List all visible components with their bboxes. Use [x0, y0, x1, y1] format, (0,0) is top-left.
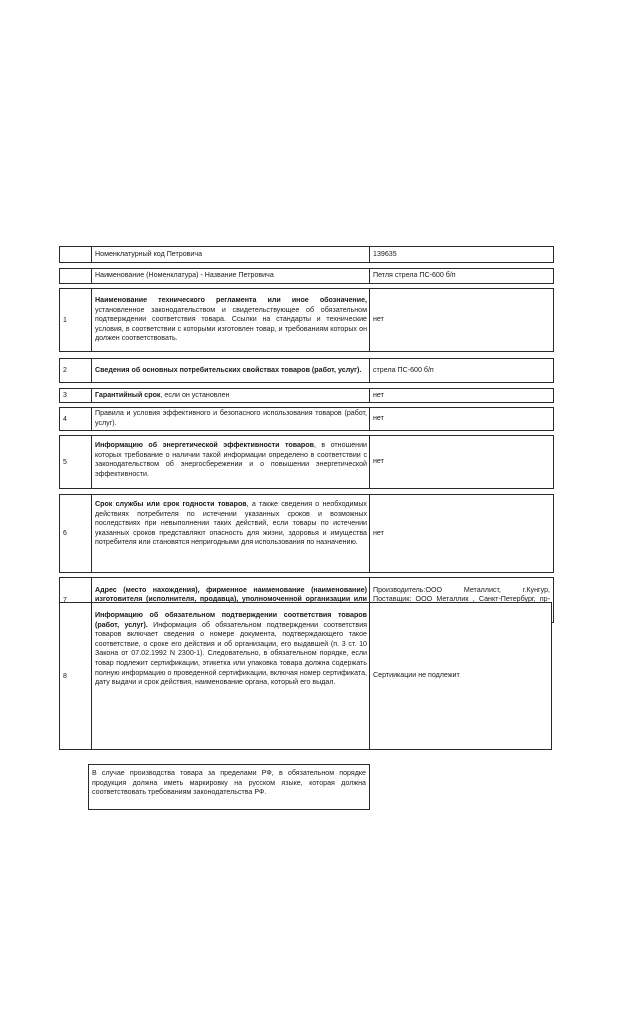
row-value: нет [373, 315, 550, 325]
row-label: Номенклатурный код Петровича [95, 250, 367, 260]
row-label-cell: Срок службы или срок годности товаров, а… [92, 495, 370, 572]
row-label-cell: Информацию об обязательном подтверждении… [92, 603, 370, 749]
row-label-bold: Срок службы или срок годности товаров [95, 500, 247, 508]
row-number: 5 [60, 436, 92, 488]
row-label-cell: Информацию об энергетической эффективнос… [92, 436, 370, 488]
row-product-name: Наименование (Номенклатура) - Название П… [59, 268, 554, 284]
row-label-text: установленное законодательством и свидет… [95, 306, 367, 343]
row-value-cell: 139635 [370, 247, 553, 262]
row-value: нет [373, 391, 550, 401]
row-label-cell: Наименование (Номенклатура) - Название П… [92, 269, 370, 283]
row-number: 3 [60, 389, 92, 402]
row-nomenclature-code: Номенклатурный код Петровича 139635 [59, 246, 554, 263]
row-value-cell: нет [370, 389, 553, 402]
row-label-cell: Гарантийный срок, если он установлен [92, 389, 370, 402]
row-value: стрела ПС-600 б/п [373, 366, 550, 376]
row-label-bold: Сведения об основных потребительских сво… [95, 366, 361, 374]
row-label: Срок службы или срок годности товаров, а… [95, 500, 367, 548]
row-label-bold: Наименование технического регламента или… [95, 296, 367, 304]
row-label: Наименование (Номенклатура) - Название П… [95, 271, 367, 281]
table-row: 6 Срок службы или срок годности товаров,… [59, 494, 554, 573]
row-number: 8 [60, 603, 92, 749]
row-label: Информацию об энергетической эффективнос… [95, 441, 367, 479]
row-number: 6 [60, 495, 92, 572]
row-label-text: Информация об обязательном подтверждении… [95, 621, 367, 687]
table-row: 5 Информацию об энергетической эффективн… [59, 435, 554, 489]
table-row: 8 Информацию об обязательном подтвержден… [59, 602, 552, 750]
row-label: Информацию об обязательном подтверждении… [95, 608, 367, 688]
row-value-cell: нет [370, 436, 553, 488]
row-number: 2 [60, 359, 92, 382]
row-label-bold: Гарантийный срок [95, 391, 160, 399]
table-row: 3 Гарантийный срок, если он установлен н… [59, 388, 554, 403]
row-label: Правила и условия эффективного и безопас… [95, 409, 367, 428]
row-number-cell [60, 269, 92, 283]
row-value-cell: нет [370, 408, 553, 430]
row-label: Сведения об основных потребительских сво… [95, 366, 367, 376]
row-number: 1 [60, 289, 92, 351]
row-number: 4 [60, 408, 92, 430]
table-row: 4 Правила и условия эффективного и безоп… [59, 407, 554, 431]
row-value: нет [373, 457, 550, 467]
row-label-bold: Информацию об энергетической эффективнос… [95, 441, 314, 449]
row-label-cell: Наименование технического регламента или… [92, 289, 370, 351]
row-value: Петля стрела ПС-600 б/п [373, 271, 550, 281]
table-row: 1 Наименование технического регламента и… [59, 288, 554, 352]
row-label: Наименование технического регламента или… [95, 296, 367, 344]
row-label-cell: Сведения об основных потребительских сво… [92, 359, 370, 382]
row-value-cell: нет [370, 495, 553, 572]
footnote-box: В случае производства товара за пределам… [88, 764, 370, 810]
row-value: нет [373, 529, 550, 539]
table-row: 2 Сведения об основных потребительских с… [59, 358, 554, 383]
document-page: Номенклатурный код Петровича 139635 Наим… [0, 0, 622, 1024]
row-label-text: , если он установлен [160, 391, 229, 399]
row-value: 139635 [373, 250, 550, 260]
row-value-cell: Сертиикации не подлежит [370, 603, 551, 749]
row-value-cell: нет [370, 289, 553, 351]
row-value-cell: стрела ПС-600 б/п [370, 359, 553, 382]
row-number-cell [60, 247, 92, 262]
row-value: Сертиикации не подлежит [373, 671, 548, 681]
row-label-text: Правила и условия эффективного и безопас… [95, 409, 367, 427]
row-label-cell: Номенклатурный код Петровича [92, 247, 370, 262]
row-label: Гарантийный срок, если он установлен [95, 391, 367, 401]
row-label-cell: Правила и условия эффективного и безопас… [92, 408, 370, 430]
row-value-cell: Петля стрела ПС-600 б/п [370, 269, 553, 283]
row-value: нет [373, 414, 550, 424]
